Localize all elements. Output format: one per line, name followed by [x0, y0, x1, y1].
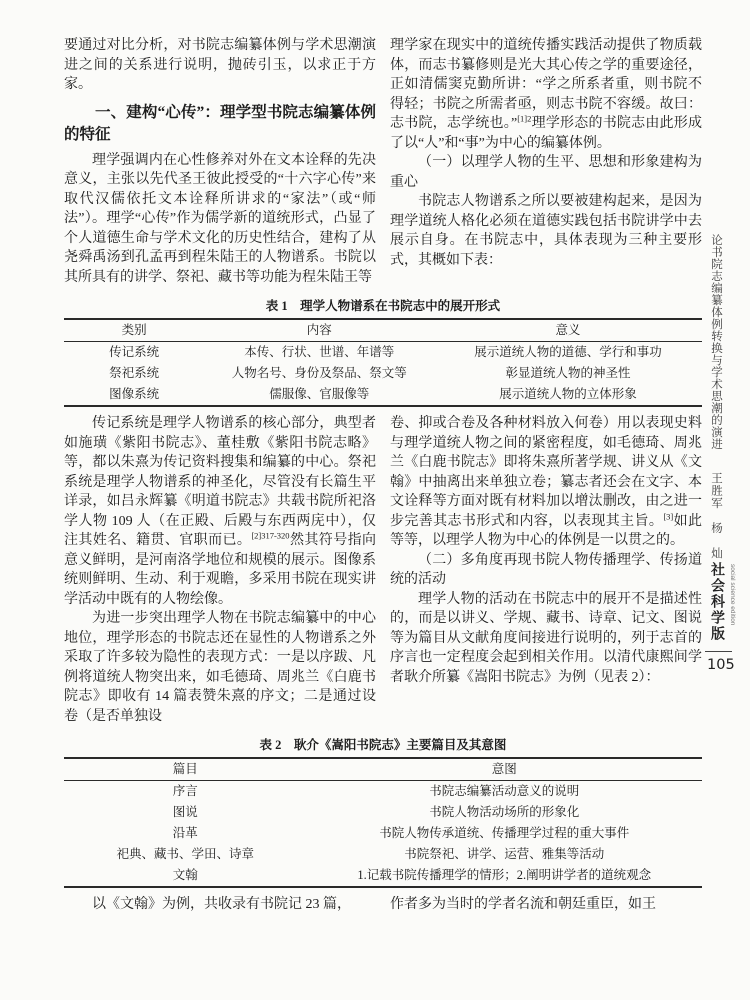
top-right-column: 理学家在现实中的道统传播实践活动提供了物质载体，而志书纂修则是光大其心传之学的重… — [390, 36, 702, 287]
sidebar-authors: 王胜军 杨 灿 — [708, 472, 724, 560]
table1-header-cell: 意义 — [434, 319, 702, 342]
citation-superscript: [3] — [663, 511, 673, 521]
table-cell: 图像系统 — [64, 384, 204, 406]
paragraph-continuation: 要通过对比分析，对书院志编纂体例与学术思潮演进之间的关系进行说明，抛砖引玉，以求… — [64, 36, 376, 95]
table-row: 图说 书院人物活动场所的形象化 — [64, 802, 702, 823]
table-cell: 人物名号、身份及祭品、祭文等 — [204, 363, 434, 384]
citation-superscript: [1]2 — [517, 113, 531, 123]
subsection-heading: （二）多角度再现书院人物传播理学、传扬道统的活动 — [390, 551, 702, 590]
table1-title: 表 1 理学人物谱系在书院志中的展开形式 — [64, 296, 702, 314]
table2-header-row: 篇目 意图 — [64, 758, 702, 781]
bottom-section: 以《文翰》为例，共收录有书院记 23 篇， 作者多为当时的学者名流和朝廷重臣，如… — [64, 895, 702, 915]
table-cell: 本传、行状、世谱、年谱等 — [204, 342, 434, 364]
paragraph-with-citation: 传记系统是理学人物谱系的核心部分，典型者如施璜《紫阳书院志》、董桂敷《紫阳书院志… — [64, 414, 376, 609]
table-cell: 书院人物活动场所的形象化 — [306, 802, 702, 823]
page-content: 要通过对比分析，对书院志编纂体例与学术思潮演进之间的关系进行说明，抛砖引玉，以求… — [64, 36, 702, 915]
table-cell: 祀典、藏书、学田、诗章 — [64, 844, 306, 865]
paragraph-text: 卷、抑或合卷及各种材料放入何卷）用以表现史料与理学道统人物之间的紧密程度，如毛德… — [390, 416, 702, 529]
page-number: 105 — [707, 657, 735, 673]
paragraph-text: 传记系统是理学人物谱系的核心部分，典型者如施璜《紫阳书院志》、董桂敷《紫阳书院志… — [64, 416, 376, 548]
table1-header-cell: 内容 — [204, 319, 434, 342]
table-cell: 书院人物传承道统、传播理学过程的重大事件 — [306, 823, 702, 844]
table-cell: 图说 — [64, 802, 306, 823]
table-cell: 序言 — [64, 781, 306, 803]
table1-header-row: 类别 内容 意义 — [64, 319, 702, 342]
paragraph: 理学人物的活动在书院志中的展开不是描述性的，而是以讲义、学规、藏书、诗章、记文、… — [390, 590, 702, 688]
table1-block: 表 1 理学人物谱系在书院志中的展开形式 类别 内容 意义 传记系统 本传、行状… — [64, 296, 702, 407]
table-cell: 展示道统人物的道德、学行和事功 — [434, 342, 702, 364]
table-row: 文翰 1.记载书院传播理学的情形；2.阐明讲学者的道统观念 — [64, 865, 702, 887]
citation-superscript: [2]317-320 — [251, 530, 289, 540]
sidebar-edition-label-en: social science edition — [729, 564, 736, 625]
table-cell: 书院祭祀、讲学、运营、雅集等活动 — [306, 844, 702, 865]
table-row: 序言 书院志编纂活动意义的说明 — [64, 781, 702, 803]
table-row: 沿革 书院人物传承道统、传播理学过程的重大事件 — [64, 823, 702, 844]
table-cell: 祭祀系统 — [64, 363, 204, 384]
table-cell: 传记系统 — [64, 342, 204, 364]
bottom-right-column: 作者多为当时的学者名流和朝廷重臣，如王 — [390, 895, 702, 915]
table-row: 祀典、藏书、学田、诗章 书院祭祀、讲学、运营、雅集等活动 — [64, 844, 702, 865]
table-cell: 展示道统人物的立体形象 — [434, 384, 702, 406]
table2-header-cell: 篇目 — [64, 758, 306, 781]
top-section: 要通过对比分析，对书院志编纂体例与学术思潮演进之间的关系进行说明，抛砖引玉，以求… — [64, 36, 702, 287]
paragraph-continuation: 作者多为当时的学者名流和朝廷重臣，如王 — [390, 895, 702, 915]
sidebar-article-title: 论书院志编纂体例转换与学术思潮的演进 — [708, 234, 724, 450]
middle-section: 传记系统是理学人物谱系的核心部分，典型者如施璜《紫阳书院志》、董桂敷《紫阳书院志… — [64, 414, 702, 726]
paragraph-with-citation: 卷、抑或合卷及各种材料放入何卷）用以表现史料与理学道统人物之间的紧密程度，如毛德… — [390, 414, 702, 551]
table2-header-cell: 意图 — [306, 758, 702, 781]
table-cell: 沿革 — [64, 823, 306, 844]
paragraph-with-citation: 理学家在现实中的道统传播实践活动提供了物质载体，而志书纂修则是光大其心传之学的重… — [390, 36, 702, 153]
paragraph: 理学强调内在心性修养对外在文本诠释的先决意义，主张以先代圣王彼此授受的“十六字心… — [64, 151, 376, 288]
subsection-heading: （一）以理学人物的生平、思想和形象建构为重心 — [390, 153, 702, 192]
paragraph: 以《文翰》为例，共收录有书院记 23 篇， — [64, 895, 376, 915]
paragraph: 书院志人物谱系之所以要被建构起来，是因为理学道统人格化必须在道德实践包括书院讲学… — [390, 192, 702, 270]
table-row: 祭祀系统 人物名号、身份及祭品、祭文等 彰显道统人物的神圣性 — [64, 363, 702, 384]
table2: 篇目 意图 序言 书院志编纂活动意义的说明 图说 书院人物活动场所的形象化 沿革 — [64, 757, 702, 888]
table1: 类别 内容 意义 传记系统 本传、行状、世谱、年谱等 展示道统人物的道德、学行和… — [64, 318, 702, 407]
section-heading: 一、建构“心传”：理学型书院志编纂体例的特征 — [64, 102, 376, 146]
journal-page-scan: 要通过对比分析，对书院志编纂体例与学术思潮演进之间的关系进行说明，抛砖引玉，以求… — [0, 0, 750, 1000]
table2-block: 表 2 耿介《嵩阳书院志》主要篇目及其意图 篇目 意图 序言 书院志编纂活动意义… — [64, 735, 702, 888]
sidebar-edition-label: 社会科学版 — [706, 562, 726, 642]
sidebar-rule — [705, 651, 732, 652]
bottom-left-column: 以《文翰》为例，共收录有书院记 23 篇， — [64, 895, 376, 915]
table-cell: 儒服像、官服像等 — [204, 384, 434, 406]
top-left-column: 要通过对比分析，对书院志编纂体例与学术思潮演进之间的关系进行说明，抛砖引玉，以求… — [64, 36, 376, 287]
table2-title: 表 2 耿介《嵩阳书院志》主要篇目及其意图 — [64, 735, 702, 753]
table-cell: 文翰 — [64, 865, 306, 887]
table1-header-cell: 类别 — [64, 319, 204, 342]
table-row: 图像系统 儒服像、官服像等 展示道统人物的立体形象 — [64, 384, 702, 406]
table-cell: 书院志编纂活动意义的说明 — [306, 781, 702, 803]
middle-right-column: 卷、抑或合卷及各种材料放入何卷）用以表现史料与理学道统人物之间的紧密程度，如毛德… — [390, 414, 702, 726]
table-row: 传记系统 本传、行状、世谱、年谱等 展示道统人物的道德、学行和事功 — [64, 342, 702, 364]
paragraph: 为进一步突出理学人物在书院志编纂中的中心地位，理学形态的书院志还在显性的人物谱系… — [64, 609, 376, 726]
middle-left-column: 传记系统是理学人物谱系的核心部分，典型者如施璜《紫阳书院志》、董桂敷《紫阳书院志… — [64, 414, 376, 726]
table-cell: 彰显道统人物的神圣性 — [434, 363, 702, 384]
table-cell: 1.记载书院传播理学的情形；2.阐明讲学者的道统观念 — [306, 865, 702, 887]
